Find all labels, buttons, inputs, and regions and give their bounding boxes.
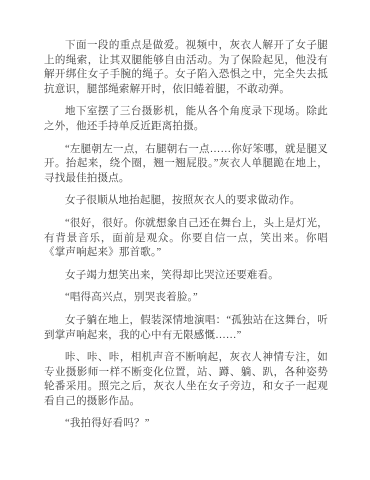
- paragraph: “我拍得好看吗？”: [44, 417, 328, 432]
- paragraph: 地下室摆了三台摄影机，能从各个角度录下现场。除此之外，他还手持单反近距离拍摄。: [44, 105, 328, 134]
- paragraph: 女子很顺从地抬起腿，按照灰衣人的要求做动作。: [44, 194, 328, 209]
- paragraph: 女子躺在地上，假装深情地演唱：“孤独站在这舞台，听到掌声响起来，我的心中有无限感…: [44, 314, 328, 343]
- paragraph: “很好，很好。你就想象自己还在舞台上，头上是灯光，有背景音乐，面前是观众。你要自…: [44, 217, 328, 261]
- ebook-page: 下面一段的重点是做爱。视频中，灰衣人解开了女子腿上的绳索，让其双腿能够自由活动。…: [0, 0, 370, 480]
- paragraph: 下面一段的重点是做爱。视频中，灰衣人解开了女子腿上的绳索，让其双腿能够自由活动。…: [44, 39, 328, 97]
- paragraph: 咔、咔、咔，相机声音不断响起，灰衣人神情专注，如专业摄影师一样不断变化位置，站、…: [44, 351, 328, 409]
- paragraph: “左腿朝左一点，右腿朝右一点……你好笨哪，就是腿叉开。抬起来，绕个圈，翘一翘屁股…: [44, 143, 328, 187]
- paragraph: 女子竭力想笑出来，笑得却比哭泣还要难看。: [44, 269, 328, 284]
- paragraph: “唱得高兴点，别哭丧着脸。”: [44, 291, 328, 306]
